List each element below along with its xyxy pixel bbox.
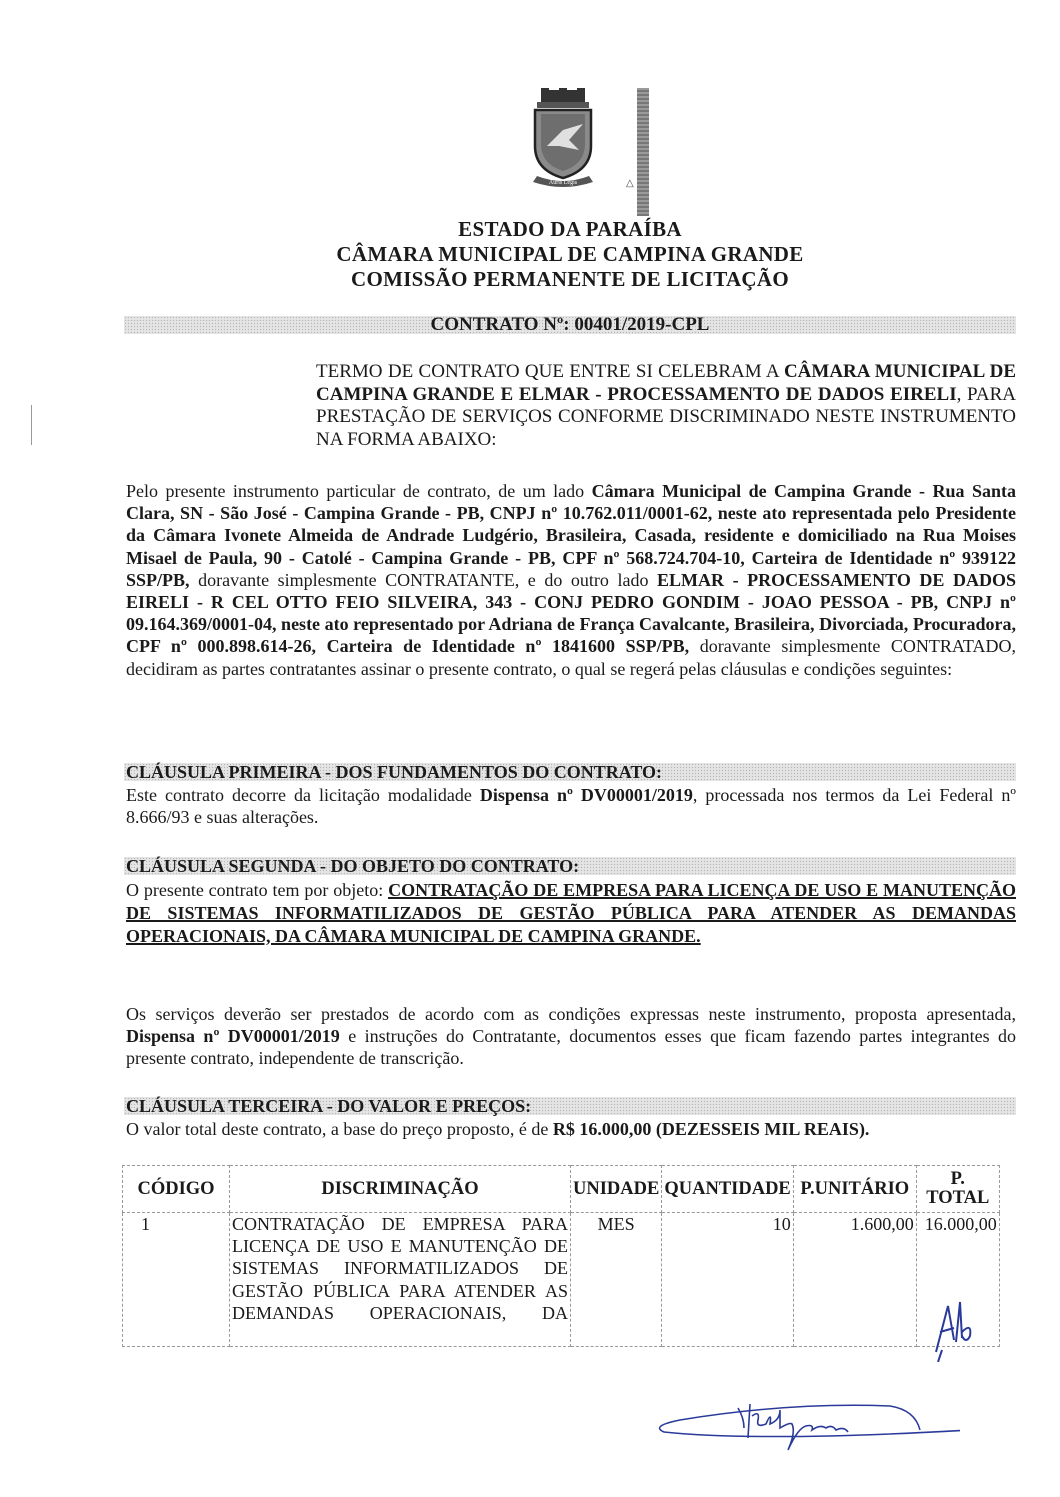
col-code: CÓDIGO [123,1166,230,1213]
clause2-title: CLÁUSULA SEGUNDA - DO OBJETO DO CONTRATO… [126,856,1016,876]
parties-paragraph: Pelo presente instrumento particular de … [126,480,1016,680]
table-header-row: CÓDIGO DISCRIMINAÇÃO UNIDADE QUANTIDADE … [123,1166,1000,1213]
parties-text: doravante simplesmente CONTRATANTE, e do… [190,570,658,590]
dispensa-number: Dispensa nº DV00001/2019 [126,1026,340,1046]
clause2-services: Os serviços deverão ser prestados de aco… [126,1003,1016,1070]
scan-mark [31,405,32,445]
letterhead-chamber: CÂMARA MUNICIPAL DE CAMPINA GRANDE [120,242,1020,267]
col-total: P. TOTAL [916,1166,999,1213]
clause2-text-start: O presente contrato tem por objeto: [126,880,388,900]
small-emblem-icon: △ [626,178,634,189]
clause3-title: CLÁUSULA TERCEIRA - DO VALOR E PREÇOS: [126,1096,1016,1116]
dispensa-number: Dispensa nº DV00001/2019 [480,785,693,805]
cell-code: 1 [123,1213,230,1347]
contract-page: Auris Legis △ ESTADO DA PARAÍBA CÂMARA M… [0,0,1060,1497]
contract-number: CONTRATO Nº: 00401/2019-CPL [124,312,1016,338]
col-unit-price: P.UNITÁRIO [793,1166,916,1213]
letterhead-state: ESTADO DA PARAÍBA [120,217,1020,242]
cell-quantity: 10 [662,1213,793,1347]
clause1-text: Este contrato decorre da licitação modal… [126,784,1016,828]
contract-preamble: TERMO DE CONTRATO QUE ENTRE SI CELEBRAM … [316,361,1016,451]
cell-unit-price: 1.600,00 [793,1213,916,1347]
col-description: DISCRIMINAÇÃO [230,1166,571,1213]
preamble-text: TERMO DE CONTRATO QUE ENTRE SI CELEBRAM … [316,361,784,382]
coat-of-arms-icon: Auris Legis [527,88,599,188]
cell-unit: MES [571,1213,662,1347]
col-quantity: QUANTIDADE [662,1166,793,1213]
letterhead-bar [637,88,649,216]
clause3-text-start: O valor total deste contrato, a base do … [126,1119,553,1139]
parties-text: Pelo presente instrumento particular de … [126,481,592,501]
clause1-text-start: Este contrato decorre da licitação modal… [126,785,480,805]
clause3-text: O valor total deste contrato, a base do … [126,1118,1016,1140]
clause1-title: CLÁUSULA PRIMEIRA - DOS FUNDAMENTOS DO C… [126,762,1016,782]
services-text: Os serviços deverão ser prestados de aco… [126,1004,1016,1024]
clause2-object: O presente contrato tem por objeto: CONT… [126,879,1016,948]
price-table: CÓDIGO DISCRIMINAÇÃO UNIDADE QUANTIDADE … [122,1165,1000,1347]
table-row: 1 CONTRATAÇÃO DE EMPRESA PARA LICENÇA DE… [123,1213,1000,1347]
svg-text:Auris Legis: Auris Legis [549,180,578,186]
cell-description: CONTRATAÇÃO DE EMPRESA PARA LICENÇA DE U… [230,1213,571,1347]
handwritten-signature [640,1380,960,1470]
letterhead-commission: COMISSÃO PERMANENTE DE LICITAÇÃO [120,267,1020,292]
col-unit: UNIDADE [571,1166,662,1213]
handwritten-initials [928,1292,978,1362]
contract-value: R$ 16.000,00 (DEZESSEIS MIL REAIS). [553,1119,870,1139]
letterhead: ESTADO DA PARAÍBA CÂMARA MUNICIPAL DE CA… [0,217,1060,292]
